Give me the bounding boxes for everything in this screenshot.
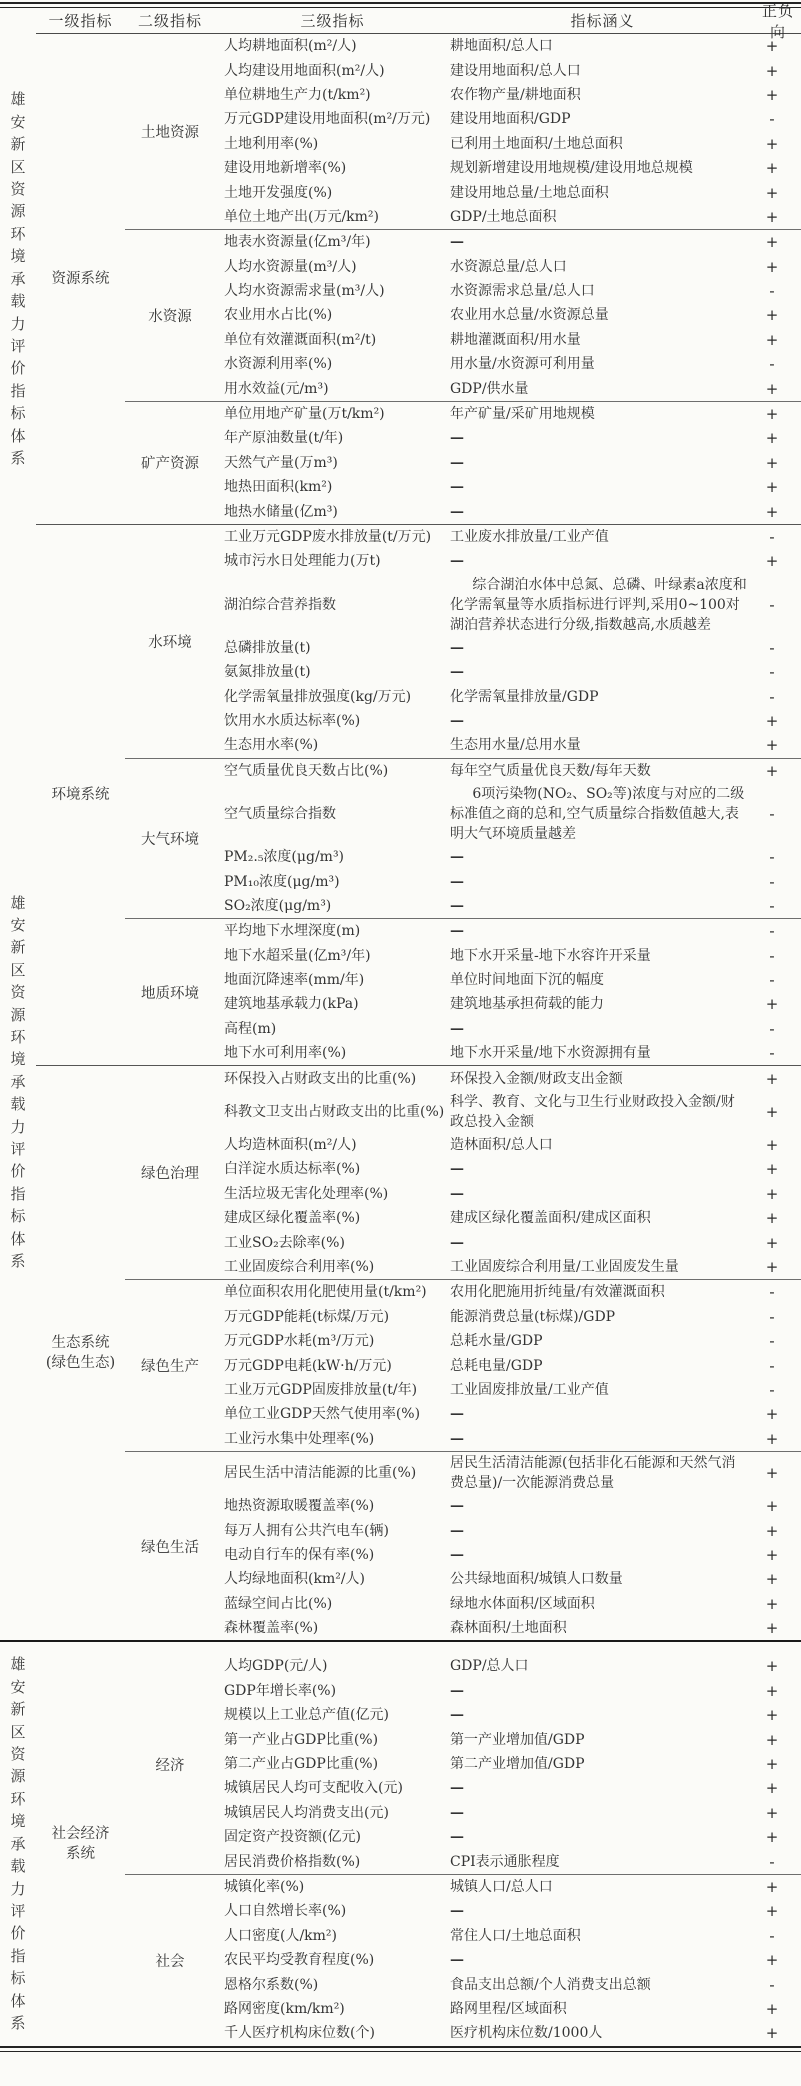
vertical-title-column: 雄安新区资源环境承载力评价指标体系 xyxy=(0,524,36,1640)
level3-indicator-cell: 单位面积农用化肥使用量(t/km²) xyxy=(215,1282,450,1302)
level2-section: 大气环境空气质量优良天数占比(%)每年空气质量优良天数/每年天数+空气质量综合指… xyxy=(125,758,801,919)
indicator-row: 空气质量优良天数占比(%)每年空气质量优良天数/每年天数+ xyxy=(215,759,801,783)
meaning-cell: 建成区绿化覆盖面积/建成区面积 xyxy=(450,1208,755,1228)
level3-indicator-cell: 环保投入占财政支出的比重(%) xyxy=(215,1069,450,1089)
indicator-row: 蓝绿空间占比(%)绿地水体面积/区域面积+ xyxy=(215,1591,801,1615)
level2-indicator-label: 经济 xyxy=(156,1754,185,1775)
indicator-row: 人均耕地面积(m²/人)耕地面积/总人口+ xyxy=(215,34,801,58)
level3-indicator-cell: 蓝绿空间占比(%) xyxy=(215,1594,450,1614)
level3-indicator-cell: 生态用水率(%) xyxy=(215,735,450,755)
indicator-rows: 单位用地产矿量(万t/km²)年产矿量/采矿用地规模+年产原油数量(t/年)—+… xyxy=(215,402,801,524)
meaning-cell: — xyxy=(450,1950,755,1970)
level2-section: 绿色生活居民生活中清洁能源的比重(%)居民生活清洁能源(包括非化石能源和天然气消… xyxy=(125,1451,801,1640)
indicator-row: 地热资源取暖覆盖率(%)—+ xyxy=(215,1494,801,1518)
direction-cell: + xyxy=(755,1546,801,1564)
meaning-cell: 地下水开采量/地下水资源拥有量 xyxy=(450,1043,755,1063)
level3-indicator-cell: 城市污水日处理能力(万t) xyxy=(215,551,450,571)
meaning-cell: 6项污染物(NO₂、SO₂等)浓度与对应的二级标准值之商的总和,空气质量综合指数… xyxy=(450,784,755,844)
direction-cell: + xyxy=(755,1804,801,1822)
header-level1: 一级指标 xyxy=(36,10,125,31)
indicator-row: 居民消费价格指数(%)CPI表示通胀程度- xyxy=(215,1849,801,1873)
level2-section: 土地资源人均耕地面积(m²/人)耕地面积/总人口+人均建设用地面积(m²/人)建… xyxy=(125,34,801,229)
level3-indicator-cell: 人均水资源量(m³/人) xyxy=(215,257,450,277)
indicator-row: 农业用水占比(%)农业用水总量/水资源总量+ xyxy=(215,303,801,327)
indicator-row: 地热田面积(km²)—+ xyxy=(215,475,801,499)
meaning-cell: 建筑地基承担荷载的能力 xyxy=(450,994,755,1014)
level3-indicator-cell: 人均绿地面积(km²/人) xyxy=(215,1569,450,1589)
meaning-cell: 森林面积/土地面积 xyxy=(450,1618,755,1638)
direction-cell: + xyxy=(755,1430,801,1448)
level3-indicator-cell: 居民消费价格指数(%) xyxy=(215,1852,450,1872)
indicator-row: 平均地下水埋深度(m)—- xyxy=(215,919,801,943)
level2-section: 社会城镇化率(%)城镇人口/总人口+人口自然增长率(%)—+人口密度(人/km²… xyxy=(125,1874,801,2046)
meaning-cell: 耕地面积/总人口 xyxy=(450,36,755,56)
direction-cell: + xyxy=(755,1619,801,1637)
level3-indicator-cell: 氨氮排放量(t) xyxy=(215,662,450,682)
meaning-cell: 农用化肥施用折纯量/有效灌溉面积 xyxy=(450,1282,755,1302)
indicator-row: 工业固废综合利用率(%)工业固废综合利用量/工业固废发生量+ xyxy=(215,1255,801,1279)
level3-indicator-cell: 单位有效灌溉面积(m²/t) xyxy=(215,330,450,350)
indicator-row: 森林覆盖率(%)森林面积/土地面积+ xyxy=(215,1616,801,1640)
level2-indicator-cell: 水环境 xyxy=(125,525,215,758)
level2-indicator-cell: 矿产资源 xyxy=(125,402,215,524)
direction-cell: - xyxy=(755,873,801,891)
level3-indicator-cell: 工业万元GDP固废排放量(t/年) xyxy=(215,1380,450,1400)
level1-indicator-line: 社会经济 xyxy=(52,1824,110,1844)
direction-cell: - xyxy=(755,947,801,965)
direction-cell: - xyxy=(755,1044,801,1062)
meaning-cell: — xyxy=(450,1545,755,1565)
meaning-cell: GDP/供水量 xyxy=(450,379,755,399)
direction-cell: + xyxy=(755,1878,801,1896)
level3-indicator-cell: 空气质量优良天数占比(%) xyxy=(215,761,450,781)
level3-indicator-cell: 土地利用率(%) xyxy=(215,134,450,154)
direction-cell: + xyxy=(755,1657,801,1675)
level3-indicator-cell: 化学需氧量排放强度(kg/万元) xyxy=(215,687,450,707)
direction-cell: + xyxy=(755,1951,801,1969)
level3-indicator-cell: 地表水资源量(亿m³/年) xyxy=(215,232,450,252)
indicator-row: 万元GDP建设用地面积(m²/万元)建设用地面积/GDP- xyxy=(215,107,801,131)
level1-indicator-line: 系统 xyxy=(66,1844,95,1864)
level3-indicator-cell: 人均建设用地面积(m²/人) xyxy=(215,61,450,81)
indicator-row: 万元GDP水耗(m³/万元)总耗水量/GDP- xyxy=(215,1329,801,1353)
table-header-cells: 一级指标 二级指标 三级指标 指标涵义 正负向 xyxy=(36,8,801,34)
direction-cell: + xyxy=(755,1570,801,1588)
meaning-cell: — xyxy=(450,1404,755,1424)
meaning-cell: 规划新增建设用地规模/建设用地总规模 xyxy=(450,158,755,178)
indicator-row: 建筑地基承载力(kPa)建筑地基承担荷载的能力+ xyxy=(215,992,801,1016)
indicator-row: 固定资产投资额(亿元)—+ xyxy=(215,1825,801,1849)
meaning-cell: 建设用地总量/土地总面积 xyxy=(450,183,755,203)
vertical-title-column: 雄安新区资源环境承载力评价指标体系 xyxy=(0,1642,36,2045)
level2-indicator-label: 大气环境 xyxy=(141,828,199,849)
indicator-row: 水资源利用率(%)用水量/水资源可利用量- xyxy=(215,352,801,376)
direction-cell: - xyxy=(755,596,801,614)
meaning-cell: — xyxy=(450,1901,755,1921)
level3-indicator-cell: 森林覆盖率(%) xyxy=(215,1618,450,1638)
meaning-cell: 工业废水排放量/工业产值 xyxy=(450,527,755,547)
indicator-rows: 人均耕地面积(m²/人)耕地面积/总人口+人均建设用地面积(m²/人)建设用地面… xyxy=(215,34,801,229)
direction-cell: + xyxy=(755,454,801,472)
direction-cell: - xyxy=(755,1332,801,1350)
level2-indicator-label: 绿色治理 xyxy=(141,1162,199,1183)
indicator-row: 人均绿地面积(km²/人)公共绿地面积/城镇人口数量+ xyxy=(215,1567,801,1591)
level3-indicator-cell: 城镇居民人均消费支出(元) xyxy=(215,1803,450,1823)
indicator-row: 规模以上工业总产值(亿元)—+ xyxy=(215,1703,801,1727)
meaning-cell: — xyxy=(450,921,755,941)
level1-indicator-cell: 社会经济系统 xyxy=(36,1642,125,2045)
level3-indicator-cell: 饮用水水质达标率(%) xyxy=(215,711,450,731)
level2-indicator-label: 土地资源 xyxy=(141,121,199,142)
meaning-cell: 科学、教育、文化与卫生行业财政投入金额/财政总投入金额 xyxy=(450,1092,755,1132)
indicator-row: 年产原油数量(t/年)—+ xyxy=(215,426,801,450)
direction-cell: + xyxy=(755,331,801,349)
level3-indicator-cell: 城镇居民人均可支配收入(元) xyxy=(215,1778,450,1798)
direction-cell: + xyxy=(755,405,801,423)
supergroup-body: 环境系统水环境工业万元GDP废水排放量(t/万元)工业废水排放量/工业产值-城市… xyxy=(36,524,801,1640)
header-meaning: 指标涵义 xyxy=(450,10,755,31)
level2-sections: 土地资源人均耕地面积(m²/人)耕地面积/总人口+人均建设用地面积(m²/人)建… xyxy=(125,34,801,524)
meaning-cell: — xyxy=(450,477,755,497)
level3-indicator-cell: GDP年增长率(%) xyxy=(215,1681,450,1701)
level2-indicator-cell: 水资源 xyxy=(125,230,215,401)
meaning-cell: — xyxy=(450,872,755,892)
level3-indicator-cell: 路网密度(km/km²) xyxy=(215,1999,450,2019)
level1-indicator-line: 资源系统 xyxy=(52,269,110,289)
meaning-cell: — xyxy=(450,662,755,682)
meaning-cell: CPI表示通胀程度 xyxy=(450,1852,755,1872)
level3-indicator-cell: 建成区绿化覆盖率(%) xyxy=(215,1208,450,1228)
indicator-row: 工业SO₂去除率(%)—+ xyxy=(215,1230,801,1254)
direction-cell: + xyxy=(755,1160,801,1178)
level1-group: 生态系统(绿色生态)绿色治理环保投入占财政支出的比重(%)环保投入金额/财政支出… xyxy=(36,1065,801,1640)
level2-indicator-cell: 绿色生活 xyxy=(125,1452,215,1640)
level3-indicator-cell: 万元GDP能耗(t标煤/万元) xyxy=(215,1307,450,1327)
direction-cell: + xyxy=(755,233,801,251)
level3-indicator-cell: 人均耕地面积(m²/人) xyxy=(215,36,450,56)
level2-indicator-label: 矿产资源 xyxy=(141,452,199,473)
level3-indicator-cell: 农业用水占比(%) xyxy=(215,305,450,325)
level2-section: 经济人均GDP(元/人)GDP/总人口+GDP年增长率(%)—+规模以上工业总产… xyxy=(125,1642,801,1874)
direction-cell: + xyxy=(755,159,801,177)
meaning-cell: 水资源需求总量/总人口 xyxy=(450,281,755,301)
direction-cell: - xyxy=(755,1283,801,1301)
meaning-cell: — xyxy=(450,896,755,916)
level3-indicator-cell: 地热资源取暖覆盖率(%) xyxy=(215,1496,450,1516)
direction-cell: + xyxy=(755,2024,801,2042)
level3-indicator-cell: 单位土地产出(万元/km²) xyxy=(215,207,450,227)
meaning-cell: — xyxy=(450,1521,755,1541)
direction-cell: - xyxy=(755,1976,801,1994)
indicator-row: GDP年增长率(%)—+ xyxy=(215,1679,801,1703)
indicator-rows: 城镇化率(%)城镇人口/总人口+人口自然增长率(%)—+人口密度(人/km²)常… xyxy=(215,1875,801,2046)
meaning-cell: 能源消费总量(t标煤)/GDP xyxy=(450,1307,755,1327)
indicator-row: 土地开发强度(%)建设用地总量/土地总面积+ xyxy=(215,180,801,204)
meaning-cell: 公共绿地面积/城镇人口数量 xyxy=(450,1569,755,1589)
level2-indicator-cell: 地质环境 xyxy=(125,919,215,1065)
direction-cell: + xyxy=(755,37,801,55)
direction-cell: - xyxy=(755,922,801,940)
indicator-row: PM₂.₅浓度(μg/m³)—- xyxy=(215,845,801,869)
meaning-cell: 建设用地面积/GDP xyxy=(450,109,755,129)
meaning-cell: 地下水开采量-地下水容许开采量 xyxy=(450,946,755,966)
meaning-cell: 工业固废综合利用量/工业固废发生量 xyxy=(450,1257,755,1277)
direction-cell: - xyxy=(755,1381,801,1399)
meaning-cell: 路网里程/区域面积 xyxy=(450,1999,755,2019)
indicator-row: 人口自然增长率(%)—+ xyxy=(215,1899,801,1923)
level3-indicator-cell: 农民平均受教育程度(%) xyxy=(215,1950,450,1970)
meaning-cell: — xyxy=(450,1019,755,1039)
level3-indicator-cell: 单位耕地生产力(t/km²) xyxy=(215,85,450,105)
meaning-cell: 化学需氧量排放量/GDP xyxy=(450,687,755,707)
level1-indicator-cell: 环境系统 xyxy=(36,525,125,1066)
level3-indicator-cell: 单位工业GDP天然气使用率(%) xyxy=(215,1404,450,1424)
direction-cell: - xyxy=(755,355,801,373)
meaning-cell: 总耗水量/GDP xyxy=(450,1331,755,1351)
meaning-cell: 食品支出总额/个人消费支出总额 xyxy=(450,1975,755,1995)
direction-cell: + xyxy=(755,184,801,202)
meaning-cell: — xyxy=(450,1159,755,1179)
level1-indicator-cell: 资源系统 xyxy=(36,34,125,524)
meaning-cell: 建设用地面积/总人口 xyxy=(450,61,755,81)
direction-cell: + xyxy=(755,1497,801,1515)
direction-cell: + xyxy=(755,736,801,754)
level1-indicator-line: (绿色生态) xyxy=(46,1353,115,1373)
supergroup-body: 社会经济系统经济人均GDP(元/人)GDP/总人口+GDP年增长率(%)—+规模… xyxy=(36,1642,801,2045)
meaning-cell: — xyxy=(450,1184,755,1204)
level2-indicator-label: 地质环境 xyxy=(141,982,199,1003)
direction-cell: + xyxy=(755,1405,801,1423)
direction-cell: - xyxy=(755,897,801,915)
meaning-cell: — xyxy=(450,847,755,867)
table-header-row: 一级指标 二级指标 三级指标 指标涵义 正负向 xyxy=(0,8,801,34)
level3-indicator-cell: 湖泊综合营养指数 xyxy=(215,595,450,615)
meaning-cell: 医疗机构床位数/1000人 xyxy=(450,2023,755,2043)
level3-indicator-cell: 科教文卫支出占财政支出的比重(%) xyxy=(215,1102,450,1122)
direction-cell: + xyxy=(755,1070,801,1088)
level3-indicator-cell: 电动自行车的保有率(%) xyxy=(215,1545,450,1565)
direction-cell: + xyxy=(755,258,801,276)
meaning-cell: 生态用水量/总用水量 xyxy=(450,735,755,755)
level3-indicator-cell: 建设用地新增率(%) xyxy=(215,158,450,178)
meaning-cell: 总耗电量/GDP xyxy=(450,1356,755,1376)
direction-cell: + xyxy=(755,712,801,730)
level3-indicator-cell: 每万人拥有公共汽电车(辆) xyxy=(215,1521,450,1541)
meaning-cell: — xyxy=(450,1429,755,1449)
level2-section: 地质环境平均地下水埋深度(m)—-地下水超采量(亿m³/年)地下水开采量-地下水… xyxy=(125,918,801,1065)
level2-sections: 经济人均GDP(元/人)GDP/总人口+GDP年增长率(%)—+规模以上工业总产… xyxy=(125,1642,801,2045)
level3-indicator-cell: 城镇化率(%) xyxy=(215,1877,450,1897)
meaning-cell: GDP/土地总面积 xyxy=(450,207,755,227)
supergroup-body: 资源系统土地资源人均耕地面积(m²/人)耕地面积/总人口+人均建设用地面积(m²… xyxy=(36,34,801,524)
direction-cell: - xyxy=(755,282,801,300)
meaning-cell: 已利用土地面积/土地总面积 xyxy=(450,134,755,154)
level2-indicator-label: 水环境 xyxy=(148,631,192,652)
indicator-row: 单位土地产出(万元/km²)GDP/土地总面积+ xyxy=(215,205,801,229)
meaning-cell: 耕地灌溉面积/用水量 xyxy=(450,330,755,350)
indicator-row: 饮用水水质达标率(%)—+ xyxy=(215,709,801,733)
meaning-cell: 年产矿量/采矿用地规模 xyxy=(450,404,755,424)
indicator-row: 用水效益(元/m³)GDP/供水量+ xyxy=(215,376,801,400)
direction-cell: + xyxy=(755,1779,801,1797)
indicator-row: 环保投入占财政支出的比重(%)环保投入金额/财政支出金额+ xyxy=(215,1066,801,1090)
level3-indicator-cell: SO₂浓度(μg/m³) xyxy=(215,896,450,916)
direction-cell: + xyxy=(755,208,801,226)
level3-indicator-cell: 工业污水集中处理率(%) xyxy=(215,1429,450,1449)
level1-group: 环境系统水环境工业万元GDP废水排放量(t/万元)工业废水排放量/工业产值-城市… xyxy=(36,525,801,1066)
level3-indicator-cell: 地热水储量(亿m³) xyxy=(215,502,450,522)
indicator-rows: 地表水资源量(亿m³/年)—+人均水资源量(m³/人)水资源总量/总人口+人均水… xyxy=(215,230,801,401)
indicator-row: 城镇居民人均可支配收入(元)—+ xyxy=(215,1776,801,1800)
meaning-cell: — xyxy=(450,711,755,731)
direction-cell: + xyxy=(755,62,801,80)
meaning-cell: — xyxy=(450,1803,755,1823)
direction-cell: + xyxy=(755,1136,801,1154)
level3-indicator-cell: 人均造林面积(m²/人) xyxy=(215,1135,450,1155)
level3-indicator-cell: 地面沉降速率(mm/年) xyxy=(215,970,450,990)
level3-indicator-cell: 人均GDP(元/人) xyxy=(215,1656,450,1676)
indicator-row: 土地利用率(%)已利用土地面积/土地总面积+ xyxy=(215,132,801,156)
indicator-row: 生活垃圾无害化处理率(%)—+ xyxy=(215,1182,801,1206)
level2-indicator-cell: 土地资源 xyxy=(125,34,215,229)
indicator-row: 人口密度(人/km²)常住人口/土地总面积- xyxy=(215,1924,801,1948)
indicator-row: 天然气产量(万m³)—+ xyxy=(215,451,801,475)
level2-indicator-label: 社会 xyxy=(156,1950,185,1971)
level3-indicator-cell: 平均地下水埋深度(m) xyxy=(215,921,450,941)
direction-cell: + xyxy=(755,1103,801,1121)
direction-cell: + xyxy=(755,1731,801,1749)
direction-cell: - xyxy=(755,688,801,706)
level3-indicator-cell: 生活垃圾无害化处理率(%) xyxy=(215,1184,450,1204)
indicator-table-page: 一级指标 二级指标 三级指标 指标涵义 正负向 雄安新区资源环境承载力评价指标体… xyxy=(0,0,801,2086)
level3-indicator-cell: 工业万元GDP废水排放量(t/万元) xyxy=(215,527,450,547)
indicator-row: 单位有效灌溉面积(m²/t)耕地灌溉面积/用水量+ xyxy=(215,328,801,352)
level3-indicator-cell: 白洋淀水质达标率(%) xyxy=(215,1159,450,1179)
level3-indicator-cell: 万元GDP电耗(kW·h/万元) xyxy=(215,1356,450,1376)
meaning-cell: 综合湖泊水体中总氮、总磷、叶绿素a浓度和化学需氧量等水质指标进行评判,采用0~1… xyxy=(450,575,755,635)
level3-indicator-cell: 单位用地产矿量(万t/km²) xyxy=(215,404,450,424)
direction-cell: + xyxy=(755,1234,801,1252)
indicator-rows: 单位面积农用化肥使用量(t/km²)农用化肥施用折纯量/有效灌溉面积-万元GDP… xyxy=(215,1280,801,1451)
indicator-row: 单位耕地生产力(t/km²)农作物产量/耕地面积+ xyxy=(215,83,801,107)
header-level3: 三级指标 xyxy=(215,10,450,31)
indicator-row: 电动自行车的保有率(%)—+ xyxy=(215,1543,801,1567)
meaning-cell: 第二产业增加值/GDP xyxy=(450,1754,755,1774)
meaning-cell: 第一产业增加值/GDP xyxy=(450,1730,755,1750)
meaning-cell: 造林面积/总人口 xyxy=(450,1135,755,1155)
level2-indicator-label: 水资源 xyxy=(148,305,192,326)
meaning-cell: — xyxy=(450,638,755,658)
level1-group: 社会经济系统经济人均GDP(元/人)GDP/总人口+GDP年增长率(%)—+规模… xyxy=(36,1642,801,2045)
direction-cell: - xyxy=(755,110,801,128)
meaning-cell: 每年空气质量优良天数/每年天数 xyxy=(450,761,755,781)
meaning-cell: — xyxy=(450,1827,755,1847)
direction-cell: + xyxy=(755,1706,801,1724)
meaning-cell: — xyxy=(450,232,755,252)
indicator-rows: 空气质量优良天数占比(%)每年空气质量优良天数/每年天数+空气质量综合指数6项污… xyxy=(215,759,801,919)
meaning-cell: — xyxy=(450,551,755,571)
indicator-row: 路网密度(km/km²)路网里程/区域面积+ xyxy=(215,1997,801,2021)
level3-indicator-cell: 万元GDP建设用地面积(m²/万元) xyxy=(215,109,450,129)
indicator-rows: 人均GDP(元/人)GDP/总人口+GDP年增长率(%)—+规模以上工业总产值(… xyxy=(215,1654,801,1874)
level2-indicator-cell: 绿色治理 xyxy=(125,1066,215,1279)
level3-indicator-cell: 千人医疗机构床位数(个) xyxy=(215,2023,450,2043)
indicator-row: 地下水可利用率(%)地下水开采量/地下水资源拥有量- xyxy=(215,1041,801,1065)
direction-cell: + xyxy=(755,429,801,447)
meaning-cell: 单位时间地面下沉的幅度 xyxy=(450,970,755,990)
indicator-rows: 工业万元GDP废水排放量(t/万元)工业废水排放量/工业产值-城市污水日处理能力… xyxy=(215,525,801,758)
level2-indicator-cell: 大气环境 xyxy=(125,759,215,919)
level3-indicator-cell: 年产原油数量(t/年) xyxy=(215,428,450,448)
level3-indicator-cell: 第二产业占GDP比重(%) xyxy=(215,1754,450,1774)
level2-section: 绿色治理环保投入占财政支出的比重(%)环保投入金额/财政支出金额+科教文卫支出占… xyxy=(125,1066,801,1279)
direction-cell: + xyxy=(755,1209,801,1227)
indicator-row: 地下水超采量(亿m³/年)地下水开采量-地下水容许开采量- xyxy=(215,944,801,968)
meaning-cell: — xyxy=(450,1496,755,1516)
meaning-cell: — xyxy=(450,1778,755,1798)
direction-cell: - xyxy=(755,805,801,823)
level3-indicator-cell: 地下水可利用率(%) xyxy=(215,1043,450,1063)
level1-indicator-line: 生态系统 xyxy=(52,1333,110,1353)
supergroup: 雄安新区资源环境承载力评价指标体系环境系统水环境工业万元GDP废水排放量(t/万… xyxy=(0,524,801,1640)
level3-indicator-cell: 水资源利用率(%) xyxy=(215,354,450,374)
meaning-cell: — xyxy=(450,1705,755,1725)
indicator-row: 人均GDP(元/人)GDP/总人口+ xyxy=(215,1654,801,1678)
indicator-rows: 居民生活中清洁能源的比重(%)居民生活清洁能源(包括非化石能源和天然气消费总量)… xyxy=(215,1452,801,1640)
direction-cell: - xyxy=(755,971,801,989)
indicator-row: 人均水资源量(m³/人)水资源总量/总人口+ xyxy=(215,255,801,279)
level2-indicator-label: 绿色生活 xyxy=(141,1536,199,1557)
table-bottom-rule xyxy=(0,2046,801,2052)
level3-indicator-cell: 万元GDP水耗(m³/万元) xyxy=(215,1331,450,1351)
level3-indicator-cell: 总磷排放量(t) xyxy=(215,638,450,658)
indicator-row: 万元GDP能耗(t标煤/万元)能源消费总量(t标煤)/GDP- xyxy=(215,1305,801,1329)
level2-section: 绿色生产单位面积农用化肥使用量(t/km²)农用化肥施用折纯量/有效灌溉面积-万… xyxy=(125,1279,801,1451)
meaning-cell: — xyxy=(450,453,755,473)
meaning-cell: 绿地水体面积/区域面积 xyxy=(450,1594,755,1614)
level3-indicator-cell: 地下水超采量(亿m³/年) xyxy=(215,946,450,966)
level3-indicator-cell: 恩格尔系数(%) xyxy=(215,1975,450,1995)
level3-indicator-cell: 地热田面积(km²) xyxy=(215,477,450,497)
level3-indicator-cell: PM₂.₅浓度(μg/m³) xyxy=(215,847,450,867)
meaning-cell: — xyxy=(450,1681,755,1701)
direction-cell: + xyxy=(755,1755,801,1773)
indicator-row: 地面沉降速率(mm/年)单位时间地面下沉的幅度- xyxy=(215,968,801,992)
direction-cell: - xyxy=(755,1308,801,1326)
direction-cell: + xyxy=(755,762,801,780)
level3-indicator-cell: 固定资产投资额(亿元) xyxy=(215,1827,450,1847)
level2-sections: 水环境工业万元GDP废水排放量(t/万元)工业废水排放量/工业产值-城市污水日处… xyxy=(125,525,801,1066)
direction-cell: + xyxy=(755,552,801,570)
level3-indicator-cell: 人口密度(人/km²) xyxy=(215,1926,450,1946)
indicator-rows: 环保投入占财政支出的比重(%)环保投入金额/财政支出金额+科教文卫支出占财政支出… xyxy=(215,1066,801,1279)
direction-cell: - xyxy=(755,1927,801,1945)
level3-indicator-cell: 天然气产量(万m³) xyxy=(215,453,450,473)
direction-cell: + xyxy=(755,503,801,521)
meaning-cell: GDP/总人口 xyxy=(450,1656,755,1676)
direction-cell: - xyxy=(755,848,801,866)
indicator-row: 总磷排放量(t)—- xyxy=(215,636,801,660)
meaning-cell: 环保投入金额/财政支出金额 xyxy=(450,1069,755,1089)
level1-group: 资源系统土地资源人均耕地面积(m²/人)耕地面积/总人口+人均建设用地面积(m²… xyxy=(36,34,801,524)
header-title-spacer xyxy=(0,8,36,34)
direction-cell: + xyxy=(755,1595,801,1613)
direction-cell: + xyxy=(755,1902,801,1920)
level2-indicator-cell: 经济 xyxy=(125,1654,215,1874)
direction-cell: + xyxy=(755,1522,801,1540)
indicator-row: 人均建设用地面积(m²/人)建设用地面积/总人口+ xyxy=(215,58,801,82)
indicator-row: 城市污水日处理能力(万t)—+ xyxy=(215,549,801,573)
